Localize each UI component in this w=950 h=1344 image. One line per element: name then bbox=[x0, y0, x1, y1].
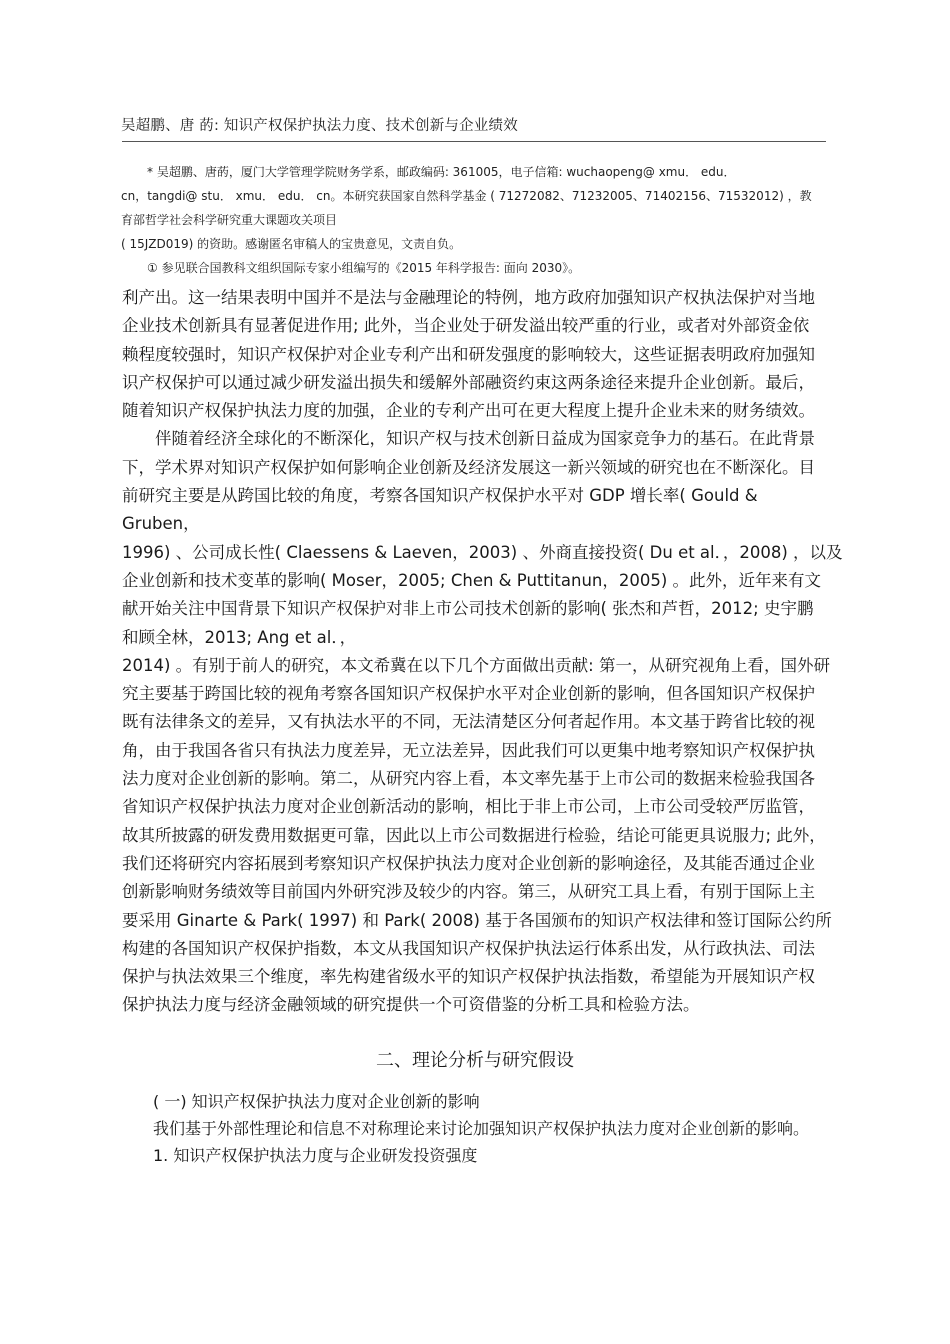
body-line: 赖程度较强时，知识产权保护对企业专利产出和研发强度的影响较大，这些证据表明政府加… bbox=[122, 341, 834, 369]
body-line: 保护执法力度与经济金融领域的研究提供一个可资借鉴的分析工具和检验方法。 bbox=[122, 991, 834, 1019]
body-line: 究主要基于跨国比较的视角考察各国知识产权保护水平对企业创新的影响，但各国知识产权… bbox=[122, 680, 834, 708]
footnote-author-line-1: * 吴超鹏、唐菂，厦门大学管理学院财务学系，邮政编码: 361005，电子信箱:… bbox=[121, 160, 831, 184]
footnotes: * 吴超鹏、唐菂，厦门大学管理学院财务学系，邮政编码: 361005，电子信箱:… bbox=[121, 160, 831, 280]
footnote-author-line-3: 育部哲学社会科学研究重大课题攻关项目 bbox=[121, 208, 831, 232]
section-heading: 二、理论分析与研究假设 bbox=[0, 1046, 950, 1072]
subsection-item-heading: 1. 知识产权保护执法力度与企业研发投资强度 bbox=[153, 1142, 853, 1169]
body-line: 和顾全林，2013; Ang et al．， bbox=[122, 624, 834, 652]
body-line: Gruben， bbox=[122, 510, 834, 538]
body-line: 企业技术创新具有显著促进作用; 此外，当企业处于研发溢出较严重的行业，或者对外部… bbox=[122, 312, 834, 340]
body-line: 随着知识产权保护执法力度的加强，企业的专利产出可在更大程度上提升企业未来的财务绩… bbox=[122, 397, 834, 425]
body-line: 既有法律条文的差异，又有执法水平的不同，无法清楚区分何者起作用。本文基于跨省比较… bbox=[122, 708, 834, 736]
subsection-title: ( 一) 知识产权保护执法力度对企业创新的影响 bbox=[153, 1088, 853, 1115]
body-line: 献开始关注中国背景下知识产权保护对非上市公司技术创新的影响( 张杰和芦哲，201… bbox=[122, 595, 834, 623]
document-page: 吴超鹏、唐 菂: 知识产权保护执法力度、技术创新与企业绩效 * 吴超鹏、唐菂，厦… bbox=[0, 0, 950, 1344]
body-line: 省知识产权保护执法力度对企业创新活动的影响，相比于非上市公司，上市公司受较严厉监… bbox=[122, 793, 834, 821]
footnote-author-line-4: ( 15JZD019) 的资助。感谢匿名审稿人的宝贵意见，文责自负。 bbox=[121, 232, 831, 256]
body-line: 2014) 。有别于前人的研究，本文希冀在以下几个方面做出贡献: 第一，从研究视… bbox=[122, 652, 834, 680]
subsection-block: ( 一) 知识产权保护执法力度对企业创新的影响 我们基于外部性理论和信息不对称理… bbox=[153, 1088, 853, 1169]
body-line: 我们还将研究内容拓展到考察知识产权保护执法力度对企业创新的影响途径，及其能否通过… bbox=[122, 850, 834, 878]
body-line: 角，由于我国各省只有执法力度差异，无立法差异，因此我们可以更集中地考察知识产权保… bbox=[122, 737, 834, 765]
running-header: 吴超鹏、唐 菂: 知识产权保护执法力度、技术创新与企业绩效 bbox=[121, 114, 518, 135]
subsection-intro: 我们基于外部性理论和信息不对称理论来讨论加强知识产权保护执法力度对企业创新的影响… bbox=[153, 1115, 853, 1142]
body-line: 创新影响财务绩效等目前国内外研究涉及较少的内容。第三，从研究工具上看，有别于国际… bbox=[122, 878, 834, 906]
body-line: 下，学术界对知识产权保护如何影响企业创新及经济发展这一新兴领域的研究也在不断深化… bbox=[122, 454, 834, 482]
body-line: 故其所披露的研发费用数据更可靠，因此以上市公司数据进行检验，结论可能更具说服力;… bbox=[122, 822, 834, 850]
header-divider bbox=[122, 141, 826, 142]
body-line: 保护与执法效果三个维度，率先构建省级水平的知识产权保护执法指数，希望能为开展知识… bbox=[122, 963, 834, 991]
body-line: 要采用 Ginarte & Park( 1997) 和 Park( 2008) … bbox=[122, 907, 834, 935]
body-line: 企业创新和技术变革的影响( Moser，2005; Chen & Puttita… bbox=[122, 567, 834, 595]
body-line: 1996) 、公司成长性( Claessens & Laeven，2003) 、… bbox=[122, 539, 834, 567]
footnote-author-line-2: cn，tangdi@ stu． xmu． edu． cn。本研究获国家自然科学基… bbox=[121, 184, 831, 208]
body-line: 识产权保护可以通过减少研发溢出损失和缓解外部融资约束这两条途径来提升企业创新。最… bbox=[122, 369, 834, 397]
footnote-1: ① 参见联合国教科文组织国际专家小组编写的《2015 年科学报告: 面向 203… bbox=[121, 256, 831, 280]
body-line: 法力度对企业创新的影响。第二，从研究内容上看，本文率先基于上市公司的数据来检验我… bbox=[122, 765, 834, 793]
body-text: 利产出。这一结果表明中国并不是法与金融理论的特例，地方政府加强知识产权执法保护对… bbox=[122, 284, 834, 1020]
paragraph-start-line: 伴随着经济全球化的不断深化，知识产权与技术创新日益成为国家竞争力的基石。在此背景 bbox=[122, 425, 834, 453]
body-line: 利产出。这一结果表明中国并不是法与金融理论的特例，地方政府加强知识产权执法保护对… bbox=[122, 284, 834, 312]
body-line: 构建的各国知识产权保护指数，本文从我国知识产权保护执法运行体系出发，从行政执法、… bbox=[122, 935, 834, 963]
body-line: 前研究主要是从跨国比较的角度，考察各国知识产权保护水平对 GDP 增长率( Go… bbox=[122, 482, 834, 510]
